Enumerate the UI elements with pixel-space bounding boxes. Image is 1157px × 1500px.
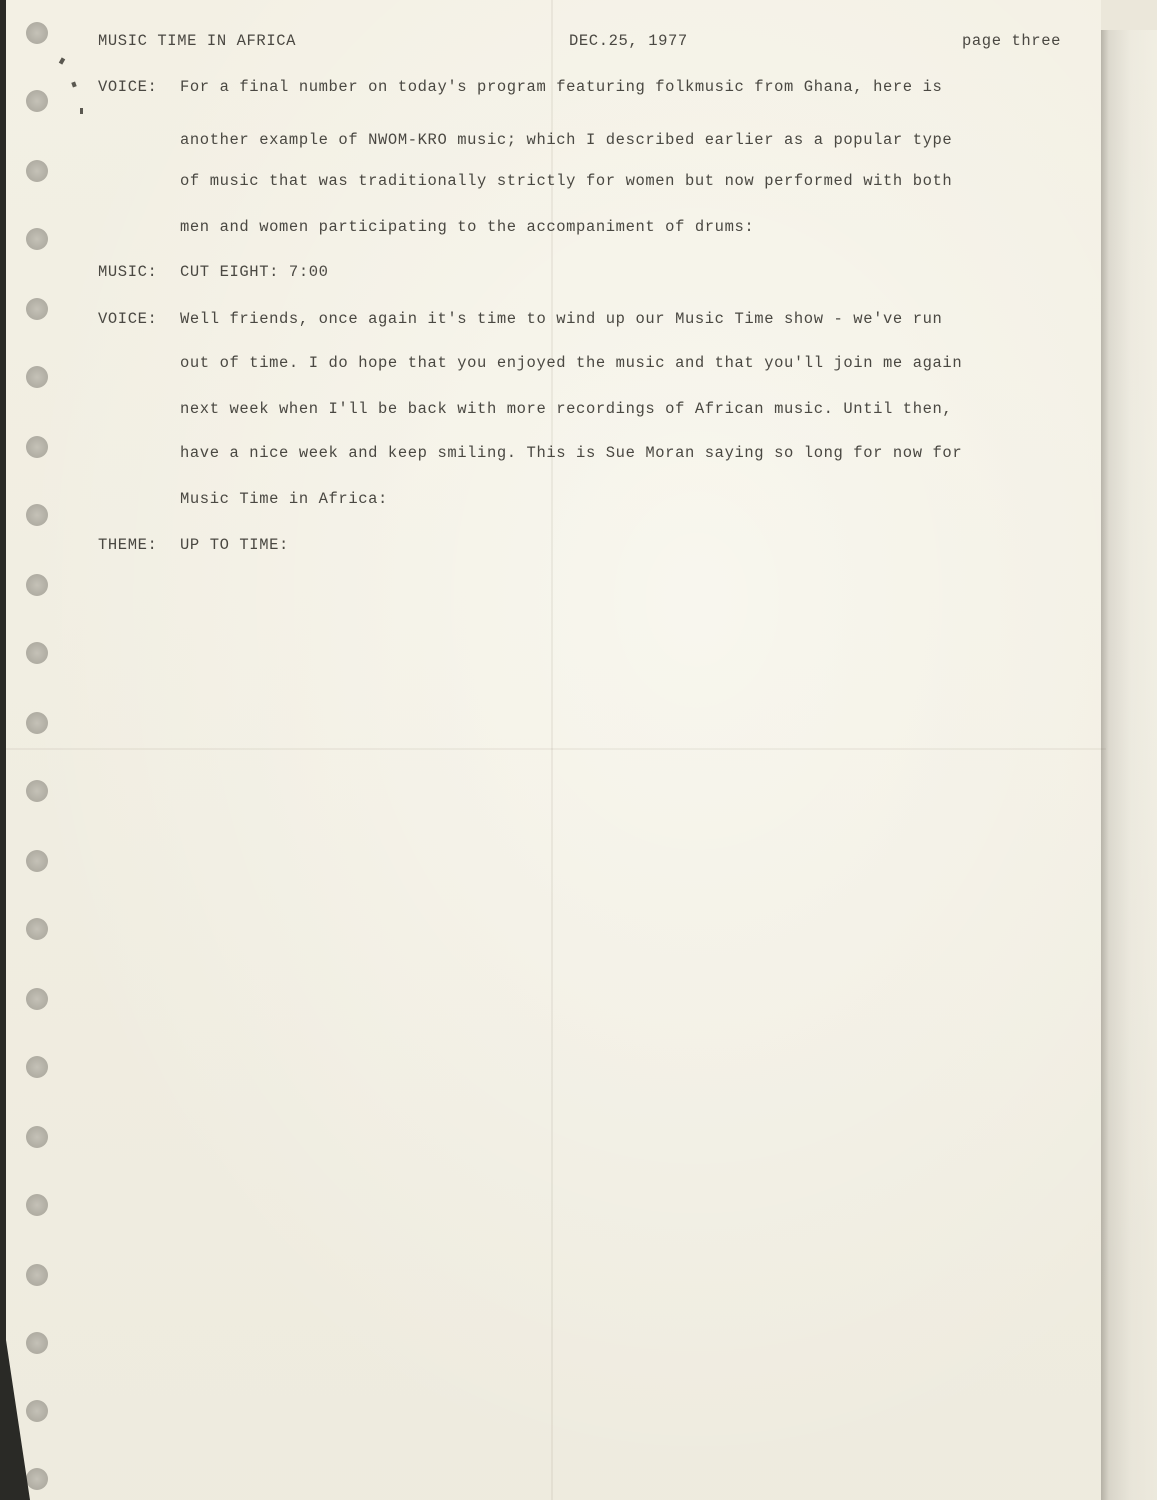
punch-hole-icon <box>26 1056 48 1078</box>
broadcast-date: DEC.25, 1977 <box>569 32 688 50</box>
paper-fold-horizontal <box>6 748 1106 750</box>
punch-hole-icon <box>26 780 48 802</box>
punch-hole-icon <box>26 1126 48 1148</box>
right-edge-shadow <box>1101 30 1157 1500</box>
punch-hole-column <box>26 0 52 1500</box>
script-line: Music Time in Africa: <box>180 490 388 508</box>
punch-hole-icon <box>26 574 48 596</box>
cue-label-theme: THEME: <box>98 536 157 554</box>
script-line: have a nice week and keep smiling. This … <box>180 444 962 462</box>
program-title: MUSIC TIME IN AFRICA <box>98 32 296 50</box>
ink-speck <box>59 57 65 64</box>
script-line: Well friends, once again it's time to wi… <box>180 310 942 328</box>
script-line: UP TO TIME: <box>180 536 289 554</box>
punch-hole-icon <box>26 228 48 250</box>
script-line: out of time. I do hope that you enjoyed … <box>180 354 962 372</box>
torn-corner <box>0 1300 30 1500</box>
script-line: another example of NWOM-KRO music; which… <box>180 131 952 149</box>
punch-hole-icon <box>26 988 48 1010</box>
punch-hole-icon <box>26 1194 48 1216</box>
punch-hole-icon <box>26 298 48 320</box>
document-page: MUSIC TIME IN AFRICA DEC.25, 1977 page t… <box>6 0 1157 1500</box>
punch-hole-icon <box>26 436 48 458</box>
script-line: For a final number on today's program fe… <box>180 78 942 96</box>
punch-hole-icon <box>26 918 48 940</box>
punch-hole-icon <box>26 366 48 388</box>
ink-speck <box>80 108 83 114</box>
script-line: next week when I'll be back with more re… <box>180 400 952 418</box>
punch-hole-icon <box>26 22 48 44</box>
right-edge-strip-top <box>1101 0 1157 30</box>
script-line: CUT EIGHT: 7:00 <box>180 263 329 281</box>
punch-hole-icon <box>26 850 48 872</box>
cue-label-voice: VOICE: <box>98 78 157 96</box>
punch-hole-icon <box>26 504 48 526</box>
cue-label-voice: VOICE: <box>98 310 157 328</box>
punch-hole-icon <box>26 712 48 734</box>
cue-label-music: MUSIC: <box>98 263 157 281</box>
script-line: men and women participating to the accom… <box>180 218 754 236</box>
punch-hole-icon <box>26 1264 48 1286</box>
punch-hole-icon <box>26 160 48 182</box>
punch-hole-icon <box>26 90 48 112</box>
page-number: page three <box>962 32 1061 50</box>
ink-speck <box>71 81 76 87</box>
punch-hole-icon <box>26 642 48 664</box>
script-line: of music that was traditionally strictly… <box>180 172 952 190</box>
